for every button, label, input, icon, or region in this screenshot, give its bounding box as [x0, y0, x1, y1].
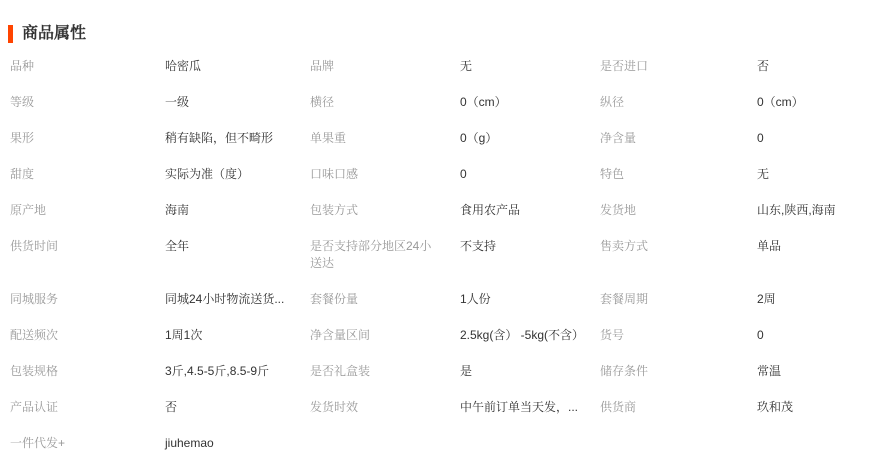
- attribute-cell: 口味口感0: [310, 166, 600, 183]
- attribute-row: 同城服务同城24小时物流送货...套餐份量1人份套餐周期2周: [10, 291, 869, 308]
- attribute-value: 一级: [165, 94, 189, 111]
- attribute-cell: 是否进口否: [600, 58, 869, 75]
- attribute-value: 山东,陕西,海南: [757, 202, 836, 219]
- attribute-cell: 横径0（cm）: [310, 94, 600, 111]
- attribute-label: 套餐份量: [310, 291, 460, 308]
- attribute-row: 包装规格3斤,4.5-5斤,8.5-9斤是否礼盒装是储存条件常温: [10, 363, 869, 380]
- attribute-label: 甜度: [10, 166, 165, 183]
- attribute-label: 产品认证: [10, 399, 165, 416]
- attribute-value: 海南: [165, 202, 189, 219]
- attribute-label: 同城服务: [10, 291, 165, 308]
- attribute-cell: 原产地海南: [10, 202, 310, 219]
- attribute-cell: 是否支持部分地区24小 送达不支持: [310, 238, 600, 272]
- attribute-row: 供货时间全年是否支持部分地区24小 送达不支持售卖方式单品: [10, 238, 869, 272]
- attribute-value: 否: [757, 58, 769, 75]
- attribute-value: 0（cm）: [757, 94, 804, 111]
- attribute-label: 品牌: [310, 58, 460, 75]
- attribute-value: 0: [757, 130, 764, 147]
- attribute-cell: 特色无: [600, 166, 869, 183]
- attribute-row: 品种哈密瓜品牌无是否进口否: [10, 58, 869, 75]
- attribute-label: 原产地: [10, 202, 165, 219]
- attribute-label: 纵径: [600, 94, 757, 111]
- attribute-label: 是否进口: [600, 58, 757, 75]
- attribute-label: 是否支持部分地区24小 送达: [310, 238, 460, 272]
- attribute-value: 不支持: [460, 238, 496, 255]
- attribute-value: 2.5kg(含） -5kg(不含）: [460, 327, 584, 344]
- attribute-value: 无: [460, 58, 472, 75]
- attribute-value: 实际为准（度）: [165, 166, 249, 183]
- attribute-cell: 净含量区间2.5kg(含） -5kg(不含）: [310, 327, 600, 344]
- attribute-value: 全年: [165, 238, 189, 255]
- attribute-label: 发货地: [600, 202, 757, 219]
- attribute-value: 单品: [757, 238, 781, 255]
- attribute-cell: 产品认证否: [10, 399, 310, 416]
- attributes-grid: 品种哈密瓜品牌无是否进口否等级一级横径0（cm）纵径0（cm）果形稍有缺陷，但不…: [0, 58, 869, 452]
- attribute-cell: 是否礼盒装是: [310, 363, 600, 380]
- attribute-label: 等级: [10, 94, 165, 111]
- accent-bar: [8, 25, 13, 43]
- attribute-row: 果形稍有缺陷，但不畸形单果重0（g）净含量0: [10, 130, 869, 147]
- attribute-value: 1人份: [460, 291, 491, 308]
- attribute-label: 单果重: [310, 130, 460, 147]
- attribute-value: 中午前订单当天发，...: [460, 399, 578, 416]
- attribute-cell: 储存条件常温: [600, 363, 869, 380]
- attribute-label: 净含量: [600, 130, 757, 147]
- attribute-label: 净含量区间: [310, 327, 460, 344]
- attribute-cell: 包装方式食用农产品: [310, 202, 600, 219]
- attribute-label: 果形: [10, 130, 165, 147]
- attribute-label: 供货商: [600, 399, 757, 416]
- attribute-label: 横径: [310, 94, 460, 111]
- attribute-label: 货号: [600, 327, 757, 344]
- attribute-cell: 品牌无: [310, 58, 600, 75]
- attribute-cell: 货号0: [600, 327, 869, 344]
- attribute-value: 否: [165, 399, 177, 416]
- attribute-label: 配送频次: [10, 327, 165, 344]
- attribute-cell: 果形稍有缺陷，但不畸形: [10, 130, 310, 147]
- attribute-value: 常温: [757, 363, 781, 380]
- attribute-cell: 发货时效中午前订单当天发，...: [310, 399, 600, 416]
- attribute-cell: 净含量0: [600, 130, 869, 147]
- attribute-cell: 套餐周期2周: [600, 291, 869, 308]
- attribute-cell: 包装规格3斤,4.5-5斤,8.5-9斤: [10, 363, 310, 380]
- attribute-cell: 甜度实际为准（度）: [10, 166, 310, 183]
- attribute-value: 玖和茂: [757, 399, 793, 416]
- page-title: 商品属性: [22, 24, 86, 44]
- attribute-label: 包装方式: [310, 202, 460, 219]
- attribute-value: 0: [460, 166, 467, 183]
- attribute-label: 供货时间: [10, 238, 165, 255]
- attribute-value: 哈密瓜: [165, 58, 201, 75]
- attribute-value: 0（g）: [460, 130, 497, 147]
- attribute-cell: 套餐份量1人份: [310, 291, 600, 308]
- attribute-label: 一件代发+: [10, 435, 165, 452]
- attribute-cell: 同城服务同城24小时物流送货...: [10, 291, 310, 308]
- attribute-label: 发货时效: [310, 399, 460, 416]
- attribute-value: 是: [460, 363, 472, 380]
- attribute-cell: 供货时间全年: [10, 238, 310, 272]
- attribute-value: 0（cm）: [460, 94, 507, 111]
- attribute-value: 同城24小时物流送货...: [165, 291, 284, 308]
- attribute-row: 甜度实际为准（度）口味口感0特色无: [10, 166, 869, 183]
- attribute-value: 0: [757, 327, 764, 344]
- attribute-value: jiuhemao: [165, 435, 214, 452]
- attribute-cell: 纵径0（cm）: [600, 94, 869, 111]
- attribute-label: 储存条件: [600, 363, 757, 380]
- attribute-cell: 一件代发+jiuhemao: [10, 435, 310, 452]
- attribute-cell: 配送频次1周1次: [10, 327, 310, 344]
- attribute-label: 特色: [600, 166, 757, 183]
- attribute-label: 包装规格: [10, 363, 165, 380]
- attribute-value: 稍有缺陷，但不畸形: [165, 130, 273, 147]
- attribute-label: 口味口感: [310, 166, 460, 183]
- attribute-cell: 供货商玖和茂: [600, 399, 869, 416]
- attribute-value: 1周1次: [165, 327, 202, 344]
- attribute-value: 食用农产品: [460, 202, 520, 219]
- attribute-label: 品种: [10, 58, 165, 75]
- attribute-label: 是否礼盒装: [310, 363, 460, 380]
- attribute-cell: 发货地山东,陕西,海南: [600, 202, 869, 219]
- attribute-value: 无: [757, 166, 769, 183]
- attribute-cell: 品种哈密瓜: [10, 58, 310, 75]
- attribute-label: 套餐周期: [600, 291, 757, 308]
- attribute-cell: 等级一级: [10, 94, 310, 111]
- attribute-row: 产品认证否发货时效中午前订单当天发，...供货商玖和茂: [10, 399, 869, 416]
- section-header: 商品属性: [8, 24, 869, 44]
- attribute-row: 等级一级横径0（cm）纵径0（cm）: [10, 94, 869, 111]
- attribute-row: 原产地海南包装方式食用农产品发货地山东,陕西,海南: [10, 202, 869, 219]
- attribute-cell: 售卖方式单品: [600, 238, 869, 272]
- attribute-row: 配送频次1周1次净含量区间2.5kg(含） -5kg(不含）货号0: [10, 327, 869, 344]
- attribute-value: 3斤,4.5-5斤,8.5-9斤: [165, 363, 269, 380]
- attribute-cell: 单果重0（g）: [310, 130, 600, 147]
- attribute-label: 售卖方式: [600, 238, 757, 255]
- attribute-row: 一件代发+jiuhemao: [10, 435, 869, 452]
- attribute-value: 2周: [757, 291, 776, 308]
